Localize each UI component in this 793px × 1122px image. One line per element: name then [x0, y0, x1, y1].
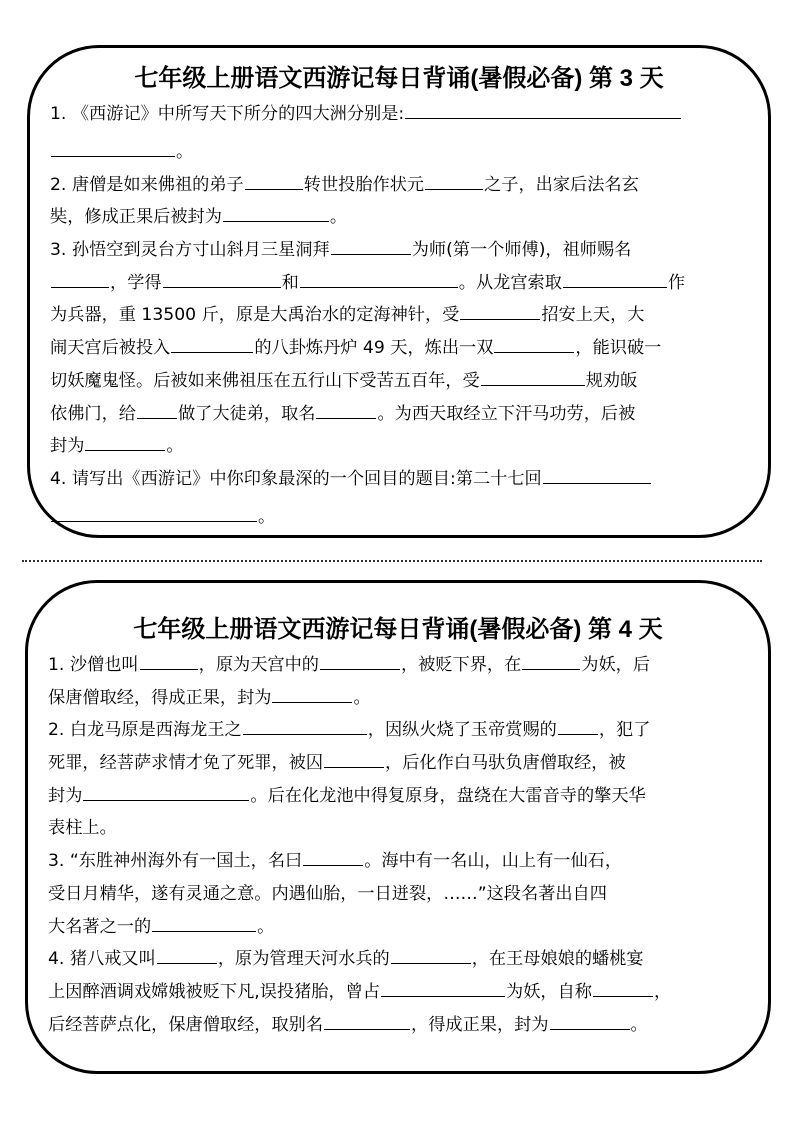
card-body: 1. 《西游记》中所写天下所分的四大洲分别是:。2. 唐僧是如来佛祖的弟子转世投…	[50, 98, 748, 534]
question-text: 招安上天，大	[541, 305, 644, 325]
question-text: 2. 白龙马原是西海龙王之	[48, 720, 242, 740]
fill-in-blank[interactable]	[324, 766, 384, 768]
text-line: 3. 孙悟空到灵台方寸山斜月三星洞拜为师(第一个师傅)，祖师赐名	[50, 234, 748, 267]
fill-in-blank[interactable]	[223, 220, 329, 222]
question-text: 和	[282, 273, 299, 293]
question-text: 闹天宫后被投入	[50, 338, 170, 358]
text-line: 死罪，经菩萨求情才免了死罪，被囚，后化作白马驮负唐僧取经，被	[48, 747, 748, 780]
question-text: 。	[166, 436, 183, 456]
question-text: 。后在化龙池中得复原身，盘绕在大雷音寺的擎天华	[250, 786, 645, 806]
question-text: 转世投胎作状元	[304, 175, 424, 195]
question-text: 。	[258, 507, 275, 527]
text-line: 保唐僧取经，得成正果，封为。	[48, 682, 748, 715]
text-line: 大名著之一的。	[48, 911, 748, 944]
text-line: 1. 《西游记》中所写天下所分的四大洲分别是:	[50, 98, 748, 136]
question-2: 2. 唐僧是如来佛祖的弟子转世投胎作状元之子，出家后法名玄奘，修成正果后被封为。	[50, 169, 748, 234]
fill-in-blank[interactable]	[51, 520, 257, 522]
question-text: 4. 猪八戒又叫	[48, 949, 156, 969]
question-text: 为妖，后	[581, 655, 650, 675]
fill-in-blank[interactable]	[316, 417, 376, 419]
question-text: 上因醉酒调戏嫦娥被贬下凡,误投猪胎，曾占	[48, 982, 380, 1002]
question-text: 后经菩萨点化，保唐僧取经，取别名	[48, 1015, 323, 1035]
question-text: 的八卦炼丹炉 49 天，炼出一双	[254, 338, 493, 358]
question-text: ，因纵火烧了玉帝赏赐的	[368, 720, 557, 740]
fill-in-blank[interactable]	[593, 995, 653, 997]
question-text: ，得成正果，封为	[411, 1015, 549, 1035]
question-1: 1. 《西游记》中所写天下所分的四大洲分别是:。	[50, 98, 748, 169]
text-line: 2. 唐僧是如来佛祖的弟子转世投胎作状元之子，出家后法名玄	[50, 169, 748, 202]
fill-in-blank[interactable]	[272, 701, 352, 703]
question-text: 作	[668, 273, 685, 293]
question-text: 之子，出家后法名玄	[484, 175, 639, 195]
fill-in-blank[interactable]	[83, 799, 249, 801]
text-line: 3. “东胜神州海外有一国土，名曰。海中有一名山，山上有一仙石，	[48, 845, 748, 878]
card-title: 七年级上册语文西游记每日背诵(暑假必备) 第 4 天	[28, 609, 768, 644]
fill-in-blank[interactable]	[425, 188, 483, 190]
question-2: 2. 白龙马原是西海龙王之，因纵火烧了玉帝赏赐的，犯了死罪，经菩萨求情才免了死罪…	[48, 714, 748, 845]
text-line: 4. 猪八戒又叫，原为管理天河水兵的，在王母娘娘的蟠桃宴	[48, 943, 748, 976]
question-text: ，原为天宫中的	[199, 655, 319, 675]
fill-in-blank[interactable]	[494, 351, 574, 353]
text-line: 受日月精华，遂有灵通之意。内遇仙胎，一日迸裂，……”这段名著出自四	[48, 878, 748, 911]
fill-in-blank[interactable]	[460, 318, 540, 320]
question-4: 4. 请写出《西游记》中你印象最深的一个回目的题目:第二十七回。	[50, 463, 748, 534]
question-text: 表柱上。	[48, 818, 117, 838]
dotted-cut-line	[22, 560, 762, 562]
question-text: 受日月精华，遂有灵通之意。内遇仙胎，一日迸裂，……”这段名著出自四	[48, 884, 607, 904]
question-1: 1. 沙僧也叫，原为天宫中的，被贬下界，在为妖，后保唐僧取经，得成正果，封为。	[48, 649, 748, 714]
question-text: 1. 沙僧也叫	[48, 655, 139, 675]
question-text: ，能识破一	[575, 338, 661, 358]
question-text: 为师(第一个师傅)，祖师赐名	[412, 240, 632, 260]
fill-in-blank[interactable]	[140, 668, 198, 670]
card-body: 1. 沙僧也叫，原为天宫中的，被贬下界，在为妖，后保唐僧取经，得成正果，封为。2…	[48, 649, 748, 1041]
fill-in-blank[interactable]	[171, 351, 253, 353]
question-text: 切妖魔鬼怪。后被如来佛祖压在五行山下受苦五百年，受	[50, 371, 480, 391]
fill-in-blank[interactable]	[320, 668, 400, 670]
fill-in-blank[interactable]	[324, 1028, 410, 1030]
fill-in-blank[interactable]	[85, 449, 165, 451]
fill-in-blank[interactable]	[137, 417, 177, 419]
text-line: 1. 沙僧也叫，原为天宫中的，被贬下界，在为妖，后	[48, 649, 748, 682]
question-4: 4. 猪八戒又叫，原为管理天河水兵的，在王母娘娘的蟠桃宴上因醉酒调戏嫦娥被贬下凡…	[48, 943, 748, 1041]
fill-in-blank[interactable]	[163, 286, 281, 288]
question-text: 3. 孙悟空到灵台方寸山斜月三星洞拜	[50, 240, 330, 260]
question-text: 做了大徒弟，取名	[178, 404, 316, 424]
fill-in-blank[interactable]	[558, 733, 598, 735]
fill-in-blank[interactable]	[300, 286, 458, 288]
text-line: 为兵器，重 13500 斤，原是大禹治水的定海神针，受招安上天，大	[50, 299, 748, 332]
fill-in-blank[interactable]	[303, 864, 363, 866]
question-text: 。	[257, 917, 274, 937]
text-line: 切妖魔鬼怪。后被如来佛祖压在五行山下受苦五百年，受规劝皈	[50, 365, 748, 398]
fill-in-blank[interactable]	[243, 733, 367, 735]
text-line: 上因醉酒调戏嫦娥被贬下凡,误投猪胎，曾占为妖，自称，	[48, 976, 748, 1009]
question-text: ，被贬下界，在	[401, 655, 521, 675]
question-text: 。	[176, 142, 193, 162]
question-text: 为兵器，重 13500 斤，原是大禹治水的定海神针，受	[50, 305, 459, 325]
question-text: 2. 唐僧是如来佛祖的弟子	[50, 175, 244, 195]
fill-in-blank[interactable]	[405, 117, 681, 119]
question-text: 规劝皈	[586, 371, 638, 391]
question-text: ，后化作白马驮负唐僧取经，被	[385, 753, 626, 773]
question-text: 。从龙宫索取	[459, 273, 562, 293]
question-text: ，学得	[110, 273, 162, 293]
question-text: 封为	[50, 436, 84, 456]
text-line: ，学得和。从龙宫索取作	[50, 267, 748, 300]
text-line: 封为。	[50, 430, 748, 463]
text-line: 奘，修成正果后被封为。	[50, 201, 748, 234]
worksheet-card-day-3: 七年级上册语文西游记每日背诵(暑假必备) 第 3 天 1. 《西游记》中所写天下…	[27, 45, 771, 538]
question-text: 。	[631, 1015, 648, 1035]
text-line: 封为。后在化龙池中得复原身，盘绕在大雷音寺的擎天华	[48, 780, 748, 813]
question-text: 3. “东胜神州海外有一国土，名曰	[48, 851, 302, 871]
question-text: ，原为管理天河水兵的	[218, 949, 390, 969]
text-line: 。	[50, 136, 748, 169]
question-text: 1. 《西游记》中所写天下所分的四大洲分别是:	[50, 104, 404, 124]
question-text: ，犯了	[599, 720, 651, 740]
fill-in-blank[interactable]	[543, 482, 651, 484]
fill-in-blank[interactable]	[391, 962, 471, 964]
question-text: 奘，修成正果后被封为	[50, 207, 222, 227]
text-line: 闹天宫后被投入的八卦炼丹炉 49 天，炼出一双，能识破一	[50, 332, 748, 365]
question-text: ，在王母娘娘的蟠桃宴	[472, 949, 644, 969]
fill-in-blank[interactable]	[563, 286, 667, 288]
question-text: 。海中有一名山，山上有一仙石，	[364, 851, 622, 871]
text-line: 后经菩萨点化，保唐僧取经，取别名，得成正果，封为。	[48, 1009, 748, 1042]
fill-in-blank[interactable]	[245, 188, 303, 190]
question-text: 保唐僧取经，得成正果，封为	[48, 688, 271, 708]
text-line: 表柱上。	[48, 812, 748, 845]
question-text: 为妖，自称	[506, 982, 592, 1002]
question-3: 3. 孙悟空到灵台方寸山斜月三星洞拜为师(第一个师傅)，祖师赐名，学得和。从龙宫…	[50, 234, 748, 463]
question-text: 死罪，经菩萨求情才免了死罪，被囚	[48, 753, 323, 773]
fill-in-blank[interactable]	[381, 995, 505, 997]
fill-in-blank[interactable]	[481, 384, 585, 386]
fill-in-blank[interactable]	[51, 286, 109, 288]
fill-in-blank[interactable]	[51, 155, 175, 157]
card-title: 七年级上册语文西游记每日背诵(暑假必备) 第 3 天	[30, 58, 768, 93]
question-text: 4. 请写出《西游记》中你印象最深的一个回目的题目:第二十七回	[50, 469, 542, 489]
text-line: 。	[50, 501, 748, 534]
worksheet-card-day-4: 七年级上册语文西游记每日背诵(暑假必备) 第 4 天 1. 沙僧也叫，原为天宫中…	[25, 580, 771, 1074]
question-text: 大名著之一的	[48, 917, 151, 937]
question-text: 。	[353, 688, 370, 708]
question-text: 依佛门，给	[50, 404, 136, 424]
fill-in-blank[interactable]	[331, 253, 411, 255]
question-text: 封为	[48, 786, 82, 806]
fill-in-blank[interactable]	[522, 668, 580, 670]
text-line: 依佛门，给做了大徒弟，取名。为西天取经立下汗马功劳，后被	[50, 398, 748, 431]
question-text: 。为西天取经立下汗马功劳，后被	[377, 404, 635, 424]
question-text: 。	[330, 207, 347, 227]
fill-in-blank[interactable]	[157, 962, 217, 964]
text-line: 2. 白龙马原是西海龙王之，因纵火烧了玉帝赏赐的，犯了	[48, 714, 748, 747]
question-text: ，	[654, 982, 671, 1002]
question-3: 3. “东胜神州海外有一国土，名曰。海中有一名山，山上有一仙石，受日月精华，遂有…	[48, 845, 748, 943]
fill-in-blank[interactable]	[550, 1028, 630, 1030]
fill-in-blank[interactable]	[152, 930, 256, 932]
text-line: 4. 请写出《西游记》中你印象最深的一个回目的题目:第二十七回	[50, 463, 748, 501]
